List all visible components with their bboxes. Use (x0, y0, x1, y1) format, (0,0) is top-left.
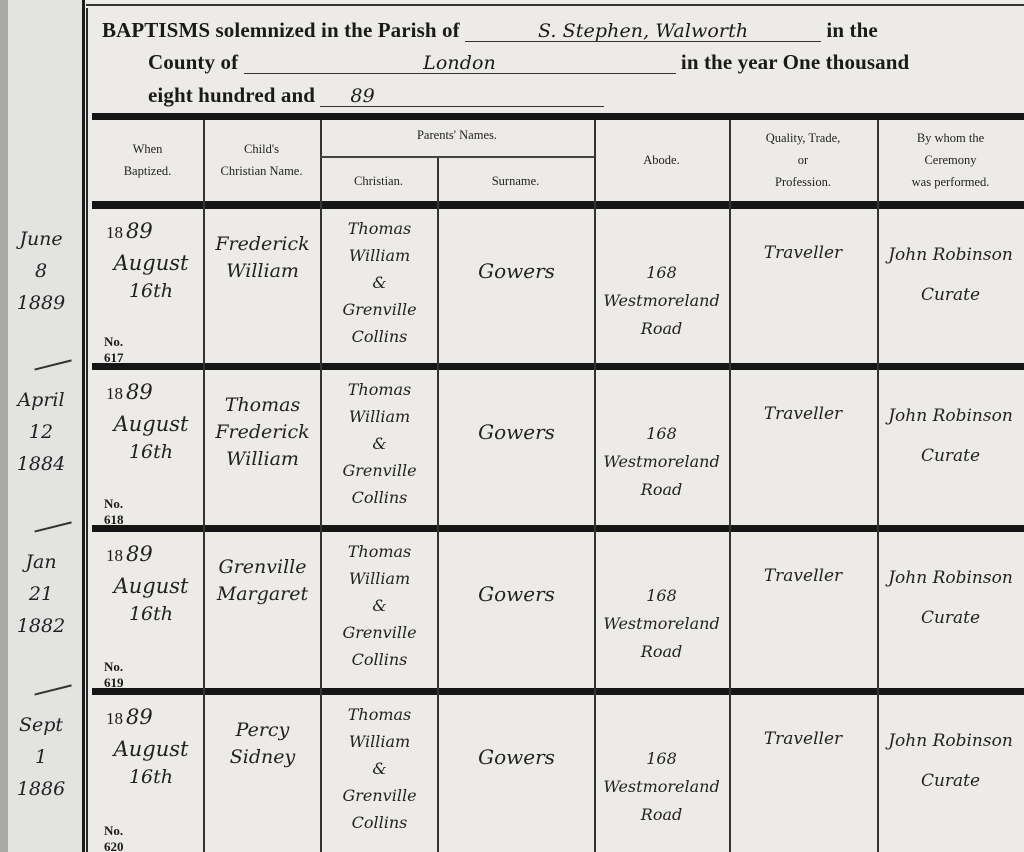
row-rule-3 (92, 688, 1024, 695)
page-top-rule (86, 4, 1024, 6)
officiant-line: John Robinson (877, 721, 1024, 761)
birth-date-note: June81889 (6, 223, 76, 319)
parent-name-line: Thomas (322, 538, 437, 565)
birth-date-line: 1 (6, 741, 76, 773)
header-text: By whom the (877, 127, 1024, 149)
year-label: in the year One thousand (681, 50, 909, 74)
year-handwritten: 89 (126, 380, 153, 404)
abode-line: Road (594, 801, 729, 829)
officiant-line: John Robinson (877, 558, 1024, 598)
parent-name-line: Grenville (322, 296, 437, 323)
parents-surname: Gowers (439, 745, 594, 769)
officiant: John RobinsonCurate (877, 235, 1024, 315)
title-prefix: BAPTISMS solemnized in the Parish of (102, 18, 460, 42)
row-rule-1 (92, 363, 1024, 370)
birth-date-line: 8 (6, 255, 76, 287)
abode-line: Road (594, 315, 729, 343)
entry-number: No. 617 (104, 334, 124, 366)
parent-name-line: Thomas (322, 215, 437, 242)
header-text: When (92, 138, 203, 160)
title-line-3: eight hundred and 89 (148, 83, 604, 108)
baptism-month: August (96, 735, 206, 763)
year-printed: 18 (106, 709, 123, 728)
header-child-name: Child's Christian Name. (203, 138, 320, 182)
quality-trade: Traveller (729, 564, 877, 588)
birth-date-line: Sept (6, 709, 76, 741)
officiant-line: Curate (877, 598, 1024, 638)
header-parents-surname: Surname. (437, 170, 594, 192)
entry-number: No. 619 (104, 659, 124, 691)
year-printed: 18 (106, 546, 123, 565)
baptism-year: 1889 (106, 219, 153, 243)
parent-name-line: & (322, 755, 437, 782)
parent-name-line: Collins (322, 646, 437, 673)
parent-name-line: Grenville (322, 457, 437, 484)
year-printed: 18 (106, 223, 123, 242)
officiant: John RobinsonCurate (877, 721, 1024, 801)
parish-field: S. Stephen, Walworth (465, 21, 821, 42)
header-parents-christian: Christian. (320, 170, 437, 192)
parents-christian-names: ThomasWilliam&GrenvilleCollins (322, 538, 437, 673)
abode: 168 WestmorelandRoad (594, 745, 729, 829)
parent-name-line: Collins (322, 323, 437, 350)
header-when-baptized: When Baptized. (92, 138, 203, 182)
title-line-1: BAPTISMS solemnized in the Parish of S. … (102, 18, 878, 43)
baptism-year: 1889 (106, 542, 153, 566)
parent-name-line: William (322, 728, 437, 755)
parent-name-line: & (322, 592, 437, 619)
child-name: GrenvilleMargaret (205, 554, 320, 608)
quality-trade: Traveller (729, 727, 877, 751)
birth-date-line: 1884 (6, 448, 76, 480)
abode: 168 WestmorelandRoad (594, 259, 729, 343)
year-handwritten: 89 (126, 219, 153, 243)
title-line-2: County of London in the year One thousan… (148, 50, 909, 75)
officiant: John RobinsonCurate (877, 396, 1024, 476)
baptism-month: August (96, 249, 206, 277)
birth-date-line: April (6, 384, 76, 416)
parent-name-line: Grenville (322, 782, 437, 809)
parent-name-line: William (322, 403, 437, 430)
baptism-year: 1889 (106, 380, 153, 404)
year-handwritten: 89 (126, 542, 153, 566)
parent-name-line: William (322, 565, 437, 592)
quality-trade: Traveller (729, 241, 877, 265)
parents-christian-names: ThomasWilliam&GrenvilleCollins (322, 215, 437, 350)
header-rule-top (92, 113, 1024, 120)
child-name-line: Percy (205, 717, 320, 744)
entry-number: No. 620 (104, 823, 124, 852)
birth-date-line: Jan (6, 546, 76, 578)
abode-line: 168 Westmoreland (594, 259, 729, 315)
officiant-line: Curate (877, 436, 1024, 476)
title-suffix: in the (826, 18, 877, 42)
child-name: ThomasFrederickWilliam (205, 392, 320, 473)
county-label: County of (148, 50, 238, 74)
abode-line: 168 Westmoreland (594, 582, 729, 638)
child-name-line: Frederick (205, 419, 320, 446)
abode: 168 WestmorelandRoad (594, 582, 729, 666)
county-field: London (244, 53, 676, 74)
officiant-line: Curate (877, 275, 1024, 315)
baptism-date: August16th (96, 249, 206, 305)
parent-name-line: Thomas (322, 376, 437, 403)
year-field: 89 (320, 86, 604, 107)
baptism-day: 16th (96, 277, 206, 305)
header-quality: Quality, Trade, or Profession. (729, 127, 877, 193)
header-text: Ceremony (877, 149, 1024, 171)
birth-date-note: April121884 (6, 384, 76, 480)
birth-date-line: 12 (6, 416, 76, 448)
year-printed: 18 (106, 384, 123, 403)
child-name-line: William (205, 258, 320, 285)
baptism-month: August (96, 410, 206, 438)
year-handwritten: 89 (126, 705, 153, 729)
parents-surname: Gowers (439, 259, 594, 283)
baptism-date: August16th (96, 735, 206, 791)
officiant-line: John Robinson (877, 396, 1024, 436)
baptism-date: August16th (96, 572, 206, 628)
child-name-line: Frederick (205, 231, 320, 258)
header-text: Quality, Trade, (729, 127, 877, 149)
child-name-line: Margaret (205, 581, 320, 608)
child-name-line: Grenville (205, 554, 320, 581)
page-border-rule (86, 8, 88, 852)
baptism-day: 16th (96, 763, 206, 791)
quality-trade: Traveller (729, 402, 877, 426)
header-text: or (729, 149, 877, 171)
parents-christian-names: ThomasWilliam&GrenvilleCollins (322, 701, 437, 836)
child-name: PercySidney (205, 717, 320, 771)
child-name-line: William (205, 446, 320, 473)
officiant: John RobinsonCurate (877, 558, 1024, 638)
header-text: Child's (203, 138, 320, 160)
parents-christian-names: ThomasWilliam&GrenvilleCollins (322, 376, 437, 511)
entry-number: No. 618 (104, 496, 124, 528)
row-rule-2 (92, 525, 1024, 532)
header-rule-bottom (92, 201, 1024, 209)
parent-name-line: & (322, 430, 437, 457)
parent-name-line: Grenville (322, 619, 437, 646)
child-name-line: Sidney (205, 744, 320, 771)
baptism-month: August (96, 572, 206, 600)
child-name-line: Thomas (205, 392, 320, 419)
birth-date-note: Sept11886 (6, 709, 76, 805)
birth-date-line: 1882 (6, 610, 76, 642)
birth-date-line: 21 (6, 578, 76, 610)
abode-line: Road (594, 638, 729, 666)
officiant-line: John Robinson (877, 235, 1024, 275)
baptism-year: 1889 (106, 705, 153, 729)
parents-subheader-rule (320, 156, 594, 158)
birth-date-line: 1886 (6, 773, 76, 805)
header-officiant: By whom the Ceremony was performed. (877, 127, 1024, 193)
parent-name-line: Collins (322, 484, 437, 511)
header-text: Christian Name. (203, 160, 320, 182)
header-text: Baptized. (92, 160, 203, 182)
parent-name-line: Thomas (322, 701, 437, 728)
birth-date-note: Jan211882 (6, 546, 76, 642)
header-text: Profession. (729, 171, 877, 193)
abode: 168 WestmorelandRoad (594, 420, 729, 504)
child-name: FrederickWilliam (205, 231, 320, 285)
header-parents-names: Parents' Names. (320, 124, 594, 146)
baptism-date: August16th (96, 410, 206, 466)
abode-line: 168 Westmoreland (594, 745, 729, 801)
abode-line: 168 Westmoreland (594, 420, 729, 476)
year-prefix: eight hundred and (148, 83, 315, 107)
header-abode: Abode. (594, 149, 729, 171)
birth-date-line: 1889 (6, 287, 76, 319)
abode-line: Road (594, 476, 729, 504)
parents-surname: Gowers (439, 420, 594, 444)
parent-name-line: Collins (322, 809, 437, 836)
parents-surname: Gowers (439, 582, 594, 606)
header-text: was performed. (877, 171, 1024, 193)
officiant-line: Curate (877, 761, 1024, 801)
parent-name-line: & (322, 269, 437, 296)
baptism-day: 16th (96, 600, 206, 628)
birth-date-line: June (6, 223, 76, 255)
parent-name-line: William (322, 242, 437, 269)
baptism-day: 16th (96, 438, 206, 466)
